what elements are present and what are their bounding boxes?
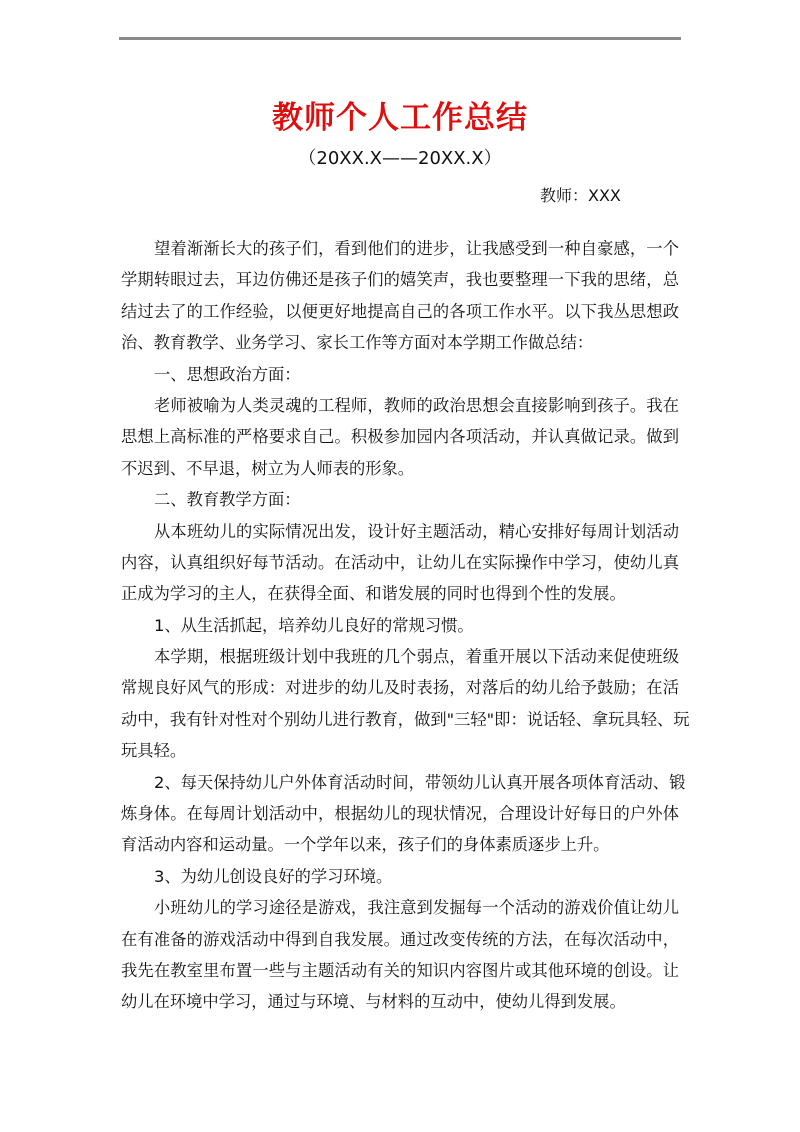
habits-paragraph-line: 玩具轻。 bbox=[121, 735, 679, 766]
environment-paragraph-line: 幼儿在环境中学习，通过与环境、与材料的互动中，使幼儿得到发展。 bbox=[121, 986, 679, 1017]
environment-paragraph-line: 我先在教室里布置一些与主题活动有关的知识内容图片或其他环境的创设。让 bbox=[121, 955, 679, 986]
intro-paragraph-line: 结过去了的工作经验，以便更好地提高自己的各项工作水平。以下我丛思想政 bbox=[121, 296, 679, 327]
habits-paragraph-line: 动中，我有针对性对个别幼儿进行教育，做到"三轻"即：说话轻、拿玩具轻、玩 bbox=[121, 704, 679, 735]
document-period: （20XX.X——20XX.X） bbox=[0, 146, 800, 172]
political-paragraph-line: 思想上高标准的严格要求自己。积极参加园内各项活动，并认真做记录。做到 bbox=[121, 421, 679, 452]
header-rule bbox=[119, 37, 681, 40]
outdoor-paragraph-line: 炼身体。在每周计划活动中，根据幼儿的现状情况，合理设计好每日的户外体 bbox=[121, 798, 679, 829]
teaching-paragraph-line: 从本班幼儿的实际情况出发，设计好主题活动，精心安排好每周计划活动 bbox=[121, 516, 679, 547]
subsection-heading-environment: 3、为幼儿创设良好的学习环境。 bbox=[121, 861, 679, 892]
intro-paragraph-line: 学期转眼过去，耳边仿佛还是孩子们的嬉笑声，我也要整理一下我的思绪，总 bbox=[121, 264, 679, 295]
document-author: 教师：XXX bbox=[540, 184, 621, 208]
outdoor-paragraph-line: 2、每天保持幼儿户外体育活动时间，带领幼儿认真开展各项体育活动、锻 bbox=[121, 767, 679, 798]
teaching-paragraph-line: 内容，认真组织好每节活动。在活动中，让幼儿在实际操作中学习，使幼儿真 bbox=[121, 547, 679, 578]
intro-paragraph-line: 治、教育教学、业务学习、家长工作等方面对本学期工作做总结： bbox=[121, 327, 679, 358]
political-paragraph-line: 老师被喻为人类灵魂的工程师，教师的政治思想会直接影响到孩子。我在 bbox=[121, 390, 679, 421]
section-heading-teaching: 二、教育教学方面： bbox=[121, 484, 679, 515]
section-heading-political: 一、思想政治方面： bbox=[121, 359, 679, 390]
political-paragraph-line: 不迟到、不早退，树立为人师表的形象。 bbox=[121, 453, 679, 484]
habits-paragraph-line: 本学期，根据班级计划中我班的几个弱点，着重开展以下活动来促使班级 bbox=[121, 641, 679, 672]
habits-paragraph-line: 常规良好风气的形成：对进步的幼儿及时表扬，对落后的幼儿给予鼓励；在活 bbox=[121, 672, 679, 703]
document-body: 望着渐渐长大的孩子们，看到他们的进步，让我感受到一种自豪感，一个 学期转眼过去，… bbox=[121, 233, 679, 1018]
intro-paragraph-line: 望着渐渐长大的孩子们，看到他们的进步，让我感受到一种自豪感，一个 bbox=[121, 233, 679, 264]
teaching-paragraph-line: 正成为学习的主人，在获得全面、和谐发展的同时也得到个性的发展。 bbox=[121, 578, 679, 609]
environment-paragraph-line: 小班幼儿的学习途径是游戏，我注意到发掘每一个活动的游戏价值让幼儿 bbox=[121, 892, 679, 923]
outdoor-paragraph-line: 育活动内容和运动量。一个学年以来，孩子们的身体素质逐步上升。 bbox=[121, 829, 679, 860]
environment-paragraph-line: 在有准备的游戏活动中得到自我发展。通过改变传统的方法，在每次活动中， bbox=[121, 924, 679, 955]
document-title: 教师个人工作总结 bbox=[0, 96, 800, 140]
subsection-heading-habits: 1、从生活抓起，培养幼儿良好的常规习惯。 bbox=[121, 610, 679, 641]
